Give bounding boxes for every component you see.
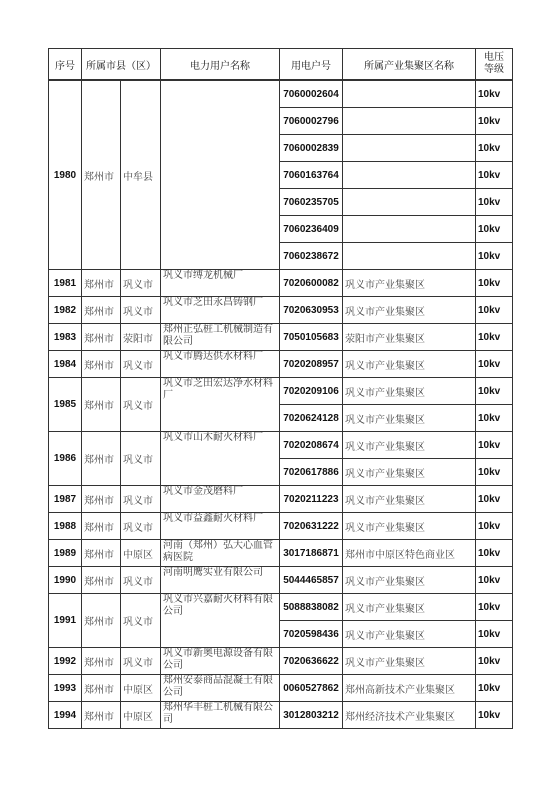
- row-voltage: 10kv: [476, 297, 513, 324]
- row-zone: 巩义市产业集聚区: [343, 513, 476, 540]
- row-account-number: 5088838082: [280, 594, 343, 621]
- row-zone: 郑州市中原区特色商业区: [343, 540, 476, 567]
- row-voltage: 10kv: [476, 378, 513, 405]
- row-user-name: 巩义市缚龙机械厂: [161, 270, 280, 297]
- row-seq: 1986: [49, 432, 82, 486]
- row-voltage: 10kv: [476, 162, 513, 189]
- row-seq: 1989: [49, 540, 82, 567]
- row-seq: 1992: [49, 648, 82, 675]
- row-account-number: 5044465857: [280, 567, 343, 594]
- row-account-number: 7060002604: [280, 80, 343, 108]
- row-zone: [343, 80, 476, 108]
- row-county: 巩义市: [121, 513, 161, 540]
- row-voltage: 10kv: [476, 243, 513, 270]
- row-zone: [343, 243, 476, 270]
- row-user-name: 巩义市山木耐火材料厂: [161, 432, 280, 486]
- table-row: 1993郑州市中原区郑州安泰商品混凝土有限公司0060527862郑州高新技术产…: [49, 675, 513, 702]
- row-voltage: 10kv: [476, 648, 513, 675]
- row-account-number: 7020600082: [280, 270, 343, 297]
- row-city: 郑州市: [82, 486, 121, 513]
- row-user-name: [161, 80, 280, 270]
- row-seq: 1988: [49, 513, 82, 540]
- row-user-name: 巩义市金茂磨料厂: [161, 486, 280, 513]
- row-voltage: 10kv: [476, 621, 513, 648]
- row-user-name: 巩义市益鑫耐火材料厂: [161, 513, 280, 540]
- row-voltage: 10kv: [476, 351, 513, 378]
- row-zone: 巩义市产业集聚区: [343, 297, 476, 324]
- row-voltage: 10kv: [476, 702, 513, 729]
- row-city: 郑州市: [82, 378, 121, 432]
- row-zone: 巩义市产业集聚区: [343, 567, 476, 594]
- header-name: 电力用户名称: [161, 49, 280, 81]
- table-row: 1988郑州市巩义市巩义市益鑫耐火材料厂7020631222巩义市产业集聚区10…: [49, 513, 513, 540]
- row-account-number: 7020630953: [280, 297, 343, 324]
- row-voltage: 10kv: [476, 189, 513, 216]
- row-zone: 荥阳市产业集聚区: [343, 324, 476, 351]
- table-row: 1985郑州市巩义市巩义市芝田宏达净水材料厂7020209106巩义市产业集聚区…: [49, 378, 513, 405]
- row-county: 巩义市: [121, 567, 161, 594]
- row-county: 中原区: [121, 540, 161, 567]
- row-zone: 巩义市产业集聚区: [343, 351, 476, 378]
- row-voltage: 10kv: [476, 270, 513, 297]
- row-seq: 1983: [49, 324, 82, 351]
- row-zone: [343, 108, 476, 135]
- row-zone: 巩义市产业集聚区: [343, 432, 476, 459]
- row-city: 郑州市: [82, 594, 121, 648]
- row-account-number: 7060235705: [280, 189, 343, 216]
- row-zone: 巩义市产业集聚区: [343, 270, 476, 297]
- row-zone: [343, 162, 476, 189]
- table-row: 1986郑州市巩义市巩义市山木耐火材料厂7020208674巩义市产业集聚区10…: [49, 432, 513, 459]
- row-account-number: 7060238672: [280, 243, 343, 270]
- row-county: 巩义市: [121, 297, 161, 324]
- row-zone: 巩义市产业集聚区: [343, 648, 476, 675]
- row-seq: 1982: [49, 297, 82, 324]
- row-county: 巩义市: [121, 648, 161, 675]
- table-row: 1987郑州市巩义市巩义市金茂磨料厂7020211223巩义市产业集聚区10kv: [49, 486, 513, 513]
- row-city: 郑州市: [82, 297, 121, 324]
- row-city: 郑州市: [82, 540, 121, 567]
- row-account-number: 7020624128: [280, 405, 343, 432]
- row-seq: 1987: [49, 486, 82, 513]
- table-row: 1982郑州市巩义市巩义市芝田永昌铸钢厂7020630953巩义市产业集聚区10…: [49, 297, 513, 324]
- row-account-number: 7050105683: [280, 324, 343, 351]
- row-county: 巩义市: [121, 378, 161, 432]
- header-voltage: 电压等级: [476, 49, 513, 81]
- row-user-name: 巩义市新奥电源设备有限公司: [161, 648, 280, 675]
- row-account-number: 7020208957: [280, 351, 343, 378]
- row-county: 中牟县: [121, 80, 161, 270]
- row-zone: [343, 216, 476, 243]
- row-account-number: 0060527862: [280, 675, 343, 702]
- header-region: 所属市县（区）: [82, 49, 161, 81]
- row-voltage: 10kv: [476, 216, 513, 243]
- row-user-name: 巩义市腾达供水材料厂: [161, 351, 280, 378]
- table-row: 1989郑州市中原区河南（郑州）弘大心血管病医院3017186871郑州市中原区…: [49, 540, 513, 567]
- row-city: 郑州市: [82, 675, 121, 702]
- row-voltage: 10kv: [476, 513, 513, 540]
- row-account-number: 3012803212: [280, 702, 343, 729]
- row-zone: 巩义市产业集聚区: [343, 405, 476, 432]
- row-city: 郑州市: [82, 270, 121, 297]
- row-voltage: 10kv: [476, 459, 513, 486]
- row-county: 巩义市: [121, 432, 161, 486]
- row-user-name: 河南（郑州）弘大心血管病医院: [161, 540, 280, 567]
- header-zone: 所属产业集聚区名称: [343, 49, 476, 81]
- row-account-number: 7020598436: [280, 621, 343, 648]
- row-voltage: 10kv: [476, 486, 513, 513]
- row-user-name: 郑州安泰商品混凝土有限公司: [161, 675, 280, 702]
- row-seq: 1991: [49, 594, 82, 648]
- table-row: 1991郑州市巩义市巩义市兴嘉耐火材料有限公司5088838082巩义市产业集聚…: [49, 594, 513, 621]
- row-county: 巩义市: [121, 270, 161, 297]
- row-account-number: 7020208674: [280, 432, 343, 459]
- row-seq: 1984: [49, 351, 82, 378]
- row-account-number: 7060163764: [280, 162, 343, 189]
- row-seq: 1981: [49, 270, 82, 297]
- row-city: 郑州市: [82, 702, 121, 729]
- row-seq: 1990: [49, 567, 82, 594]
- row-zone: [343, 189, 476, 216]
- row-zone: 巩义市产业集聚区: [343, 459, 476, 486]
- row-zone: 巩义市产业集聚区: [343, 486, 476, 513]
- row-seq: 1993: [49, 675, 82, 702]
- row-account-number: 7020617886: [280, 459, 343, 486]
- table-row: 1990郑州市巩义市河南明鹰实业有限公司5044465857巩义市产业集聚区10…: [49, 567, 513, 594]
- row-zone: 巩义市产业集聚区: [343, 378, 476, 405]
- row-voltage: 10kv: [476, 594, 513, 621]
- row-zone: 巩义市产业集聚区: [343, 621, 476, 648]
- table-row: 1992郑州市巩义市巩义市新奥电源设备有限公司7020636622巩义市产业集聚…: [49, 648, 513, 675]
- row-city: 郑州市: [82, 648, 121, 675]
- row-voltage: 10kv: [476, 567, 513, 594]
- row-voltage: 10kv: [476, 432, 513, 459]
- power-users-table: 序号 所属市县（区） 电力用户名称 用电户号 所属产业集聚区名称 电压等级 19…: [48, 48, 513, 729]
- row-account-number: 7060002839: [280, 135, 343, 162]
- row-seq: 1980: [49, 80, 82, 270]
- row-account-number: 7020211223: [280, 486, 343, 513]
- row-account-number: 7060236409: [280, 216, 343, 243]
- row-zone: [343, 135, 476, 162]
- row-voltage: 10kv: [476, 135, 513, 162]
- row-seq: 1994: [49, 702, 82, 729]
- row-city: 郑州市: [82, 351, 121, 378]
- row-city: 郑州市: [82, 567, 121, 594]
- row-city: 郑州市: [82, 513, 121, 540]
- row-county: 中原区: [121, 675, 161, 702]
- row-city: 郑州市: [82, 80, 121, 270]
- row-voltage: 10kv: [476, 108, 513, 135]
- table-row: 1984郑州市巩义市巩义市腾达供水材料厂7020208957巩义市产业集聚区10…: [49, 351, 513, 378]
- row-user-name: 河南明鹰实业有限公司: [161, 567, 280, 594]
- row-user-name: 巩义市芝田宏达净水材料厂: [161, 378, 280, 432]
- row-account-number: 7020209106: [280, 378, 343, 405]
- row-county: 荥阳市: [121, 324, 161, 351]
- row-county: 巩义市: [121, 486, 161, 513]
- row-user-name: 郑州正弘桩工机械制造有限公司: [161, 324, 280, 351]
- row-city: 郑州市: [82, 324, 121, 351]
- row-user-name: 巩义市芝田永昌铸钢厂: [161, 297, 280, 324]
- row-voltage: 10kv: [476, 675, 513, 702]
- row-account-number: 3017186871: [280, 540, 343, 567]
- row-voltage: 10kv: [476, 405, 513, 432]
- row-seq: 1985: [49, 378, 82, 432]
- table-header-row: 序号 所属市县（区） 电力用户名称 用电户号 所属产业集聚区名称 电压等级: [49, 49, 513, 81]
- table-row: 1983郑州市荥阳市郑州正弘桩工机械制造有限公司7050105683荥阳市产业集…: [49, 324, 513, 351]
- row-county: 中原区: [121, 702, 161, 729]
- row-zone: 郑州经济技术产业集聚区: [343, 702, 476, 729]
- table-body: 1980郑州市中牟县706000260410kv706000279610kv70…: [49, 80, 513, 729]
- row-account-number: 7020631222: [280, 513, 343, 540]
- table-row: 1981郑州市巩义市巩义市缚龙机械厂7020600082巩义市产业集聚区10kv: [49, 270, 513, 297]
- row-county: 巩义市: [121, 351, 161, 378]
- header-account: 用电户号: [280, 49, 343, 81]
- row-user-name: 郑州华丰桩工机械有限公司: [161, 702, 280, 729]
- row-county: 巩义市: [121, 594, 161, 648]
- row-voltage: 10kv: [476, 540, 513, 567]
- row-account-number: 7060002796: [280, 108, 343, 135]
- row-city: 郑州市: [82, 432, 121, 486]
- row-voltage: 10kv: [476, 324, 513, 351]
- row-voltage: 10kv: [476, 80, 513, 108]
- row-zone: 巩义市产业集聚区: [343, 594, 476, 621]
- row-user-name: 巩义市兴嘉耐火材料有限公司: [161, 594, 280, 648]
- table-row: 1980郑州市中牟县706000260410kv: [49, 80, 513, 108]
- table-row: 1994郑州市中原区郑州华丰桩工机械有限公司3012803212郑州经济技术产业…: [49, 702, 513, 729]
- header-seq: 序号: [49, 49, 82, 81]
- row-zone: 郑州高新技术产业集聚区: [343, 675, 476, 702]
- row-account-number: 7020636622: [280, 648, 343, 675]
